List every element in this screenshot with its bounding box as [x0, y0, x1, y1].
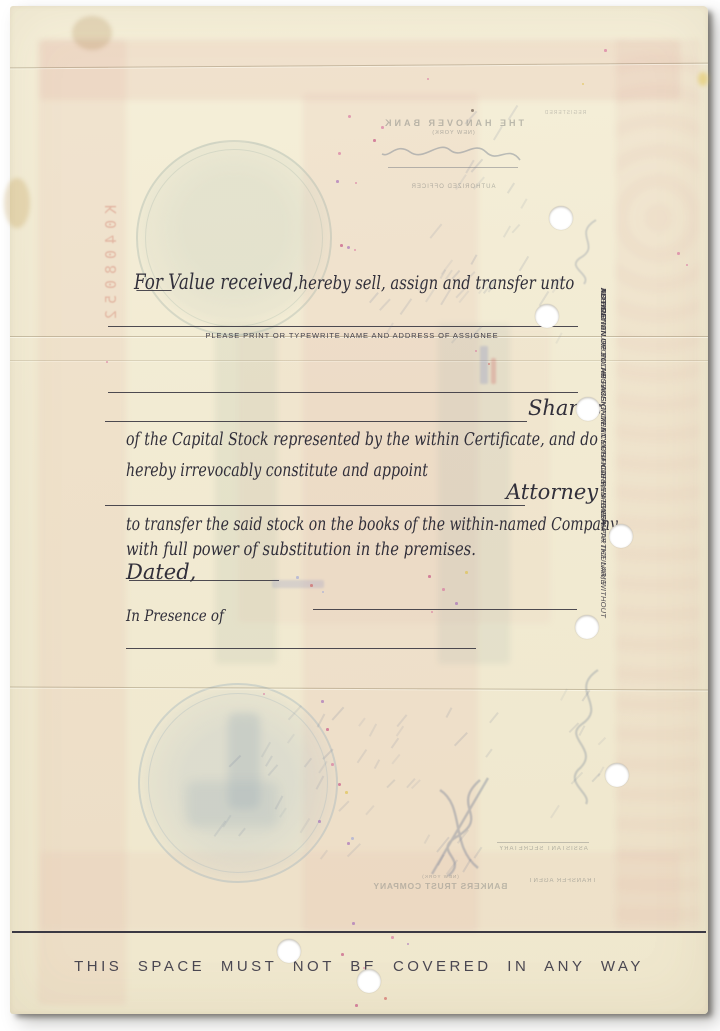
handwriting-showthrough-mark	[560, 688, 567, 700]
handwriting-showthrough-mark	[391, 738, 399, 749]
handwriting-showthrough-mark	[437, 854, 444, 865]
handwriting-showthrough-mark	[379, 299, 390, 311]
decoration-layer	[10, 6, 708, 1014]
handwriting-showthrough-mark	[520, 198, 527, 208]
handwriting-showthrough-mark	[304, 758, 312, 768]
speckle	[355, 1004, 358, 1007]
handwriting-showthrough-mark	[569, 722, 579, 732]
handwriting-showthrough-mark	[489, 712, 498, 723]
handwriting-showthrough-mark	[571, 772, 583, 785]
speckle	[340, 244, 343, 247]
handwriting-showthrough-mark	[465, 111, 477, 125]
speckle	[677, 252, 680, 255]
speckle	[263, 693, 265, 695]
handwriting-showthrough-mark	[519, 256, 529, 271]
handwriting-showthrough-mark	[374, 759, 380, 769]
speckle	[455, 602, 458, 605]
handwriting-showthrough-mark	[425, 289, 434, 302]
handwriting-showthrough-mark	[386, 779, 395, 788]
handwriting-showthrough-mark	[317, 714, 325, 728]
handwriting-showthrough-mark	[396, 726, 404, 737]
handwriting-showthrough-mark	[451, 335, 459, 344]
punch-hole	[609, 524, 633, 548]
speckle	[381, 126, 384, 129]
speckle	[582, 83, 584, 85]
handwriting-showthrough-mark	[358, 718, 365, 727]
handwriting-showthrough-mark	[238, 828, 245, 837]
handwriting-showthrough-mark	[455, 174, 466, 190]
handwriting-showthrough-mark	[503, 225, 511, 237]
handwriting-showthrough-mark	[462, 859, 471, 873]
handwriting-showthrough-mark	[214, 820, 226, 836]
speckle	[106, 361, 108, 363]
speckle	[428, 575, 431, 578]
handwriting-showthrough-mark	[386, 322, 393, 333]
handwriting-showthrough-mark	[369, 292, 379, 303]
speckle	[427, 78, 429, 80]
speckle	[351, 837, 354, 840]
handwriting-showthrough-mark	[454, 732, 468, 746]
speckle	[355, 182, 357, 184]
speckle	[431, 611, 433, 613]
handwriting-showthrough-mark	[440, 288, 451, 305]
handwriting-showthrough-mark	[229, 755, 241, 767]
speckle	[321, 700, 324, 703]
speckle	[686, 264, 688, 266]
speckle	[322, 591, 324, 593]
handwriting-showthrough-mark	[485, 749, 492, 758]
handwriting-showthrough-mark	[453, 278, 460, 287]
handwriting-showthrough-mark	[332, 707, 344, 721]
speckle	[347, 246, 350, 249]
handwriting-showthrough-mark	[512, 224, 520, 233]
speckle	[341, 953, 344, 956]
speckle	[352, 922, 355, 925]
speckle	[384, 997, 387, 1000]
speckle	[345, 791, 348, 794]
handwriting-showthrough-mark	[446, 707, 452, 717]
handwriting-showthrough-mark	[347, 843, 361, 857]
speckle	[475, 350, 477, 352]
punch-hole	[277, 939, 301, 963]
handwriting-showthrough-mark	[493, 126, 503, 140]
punch-hole	[575, 615, 599, 639]
handwriting-showthrough-mark	[598, 737, 606, 745]
handwriting-showthrough-mark	[473, 176, 485, 189]
handwriting-showthrough-mark	[369, 723, 377, 736]
handwriting-showthrough-mark	[275, 796, 283, 810]
handwriting-showthrough-mark	[365, 805, 374, 815]
handwriting-showthrough-mark	[430, 224, 442, 239]
speckle	[336, 180, 339, 183]
handwriting-showthrough-mark	[446, 859, 458, 874]
handwriting-showthrough-mark	[473, 847, 482, 859]
punch-hole	[535, 304, 559, 328]
handwriting-showthrough-mark	[391, 754, 400, 764]
speckle	[338, 152, 341, 155]
handwriting-showthrough-mark	[265, 755, 272, 766]
punch-hole	[549, 206, 573, 230]
handwriting-showthrough-mark	[591, 773, 600, 782]
handwriting-showthrough-mark	[316, 776, 324, 790]
punch-hole	[357, 969, 381, 993]
punch-hole	[605, 763, 629, 787]
speckle	[442, 588, 445, 591]
speckle	[604, 49, 607, 52]
handwriting-showthrough-mark	[261, 742, 271, 757]
speckle	[363, 967, 365, 969]
handwriting-showthrough-mark	[318, 761, 327, 773]
handwriting-showthrough-mark	[288, 705, 302, 720]
handwriting-showthrough-mark	[436, 837, 449, 853]
speckle	[373, 139, 376, 142]
handwriting-showthrough-mark	[320, 850, 328, 860]
handwriting-showthrough-mark	[581, 690, 590, 702]
speckle	[310, 584, 313, 587]
speckle	[391, 936, 394, 939]
handwriting-showthrough-mark	[466, 271, 475, 280]
handwriting-showthrough-mark	[338, 801, 349, 812]
handwriting-showthrough-mark	[400, 298, 412, 314]
speckle	[348, 115, 351, 118]
speckle	[318, 820, 321, 823]
punch-hole	[576, 397, 600, 421]
handwriting-showthrough-mark	[279, 808, 286, 818]
speckle	[326, 728, 329, 731]
stock-certificate-back: REGISTERED THE HANOVER BANK (NEW YORK) A…	[10, 6, 708, 1014]
handwriting-showthrough-mark	[579, 725, 585, 735]
handwriting-showthrough-mark	[417, 282, 424, 291]
speckle	[354, 249, 356, 251]
handwriting-showthrough-mark	[555, 332, 562, 343]
handwriting-showthrough-mark	[287, 734, 295, 744]
handwriting-showthrough-mark	[424, 834, 430, 843]
speckle	[488, 363, 490, 365]
handwriting-showthrough-mark	[300, 818, 310, 833]
handwriting-showthrough-mark	[357, 749, 367, 763]
handwriting-showthrough-mark	[550, 805, 559, 818]
handwriting-showthrough-mark	[322, 749, 333, 760]
handwriting-showthrough-mark	[457, 829, 469, 843]
speckle	[338, 783, 341, 786]
speckle	[347, 842, 350, 845]
handwriting-showthrough-mark	[469, 326, 482, 339]
handwriting-showthrough-mark	[508, 105, 518, 120]
handwriting-showthrough-mark	[470, 254, 477, 264]
handwriting-showthrough-mark	[268, 764, 278, 776]
speckle	[296, 576, 299, 579]
speckle	[331, 763, 334, 766]
speckle	[465, 571, 468, 574]
speckle	[407, 943, 409, 945]
handwriting-showthrough-mark	[507, 183, 515, 194]
